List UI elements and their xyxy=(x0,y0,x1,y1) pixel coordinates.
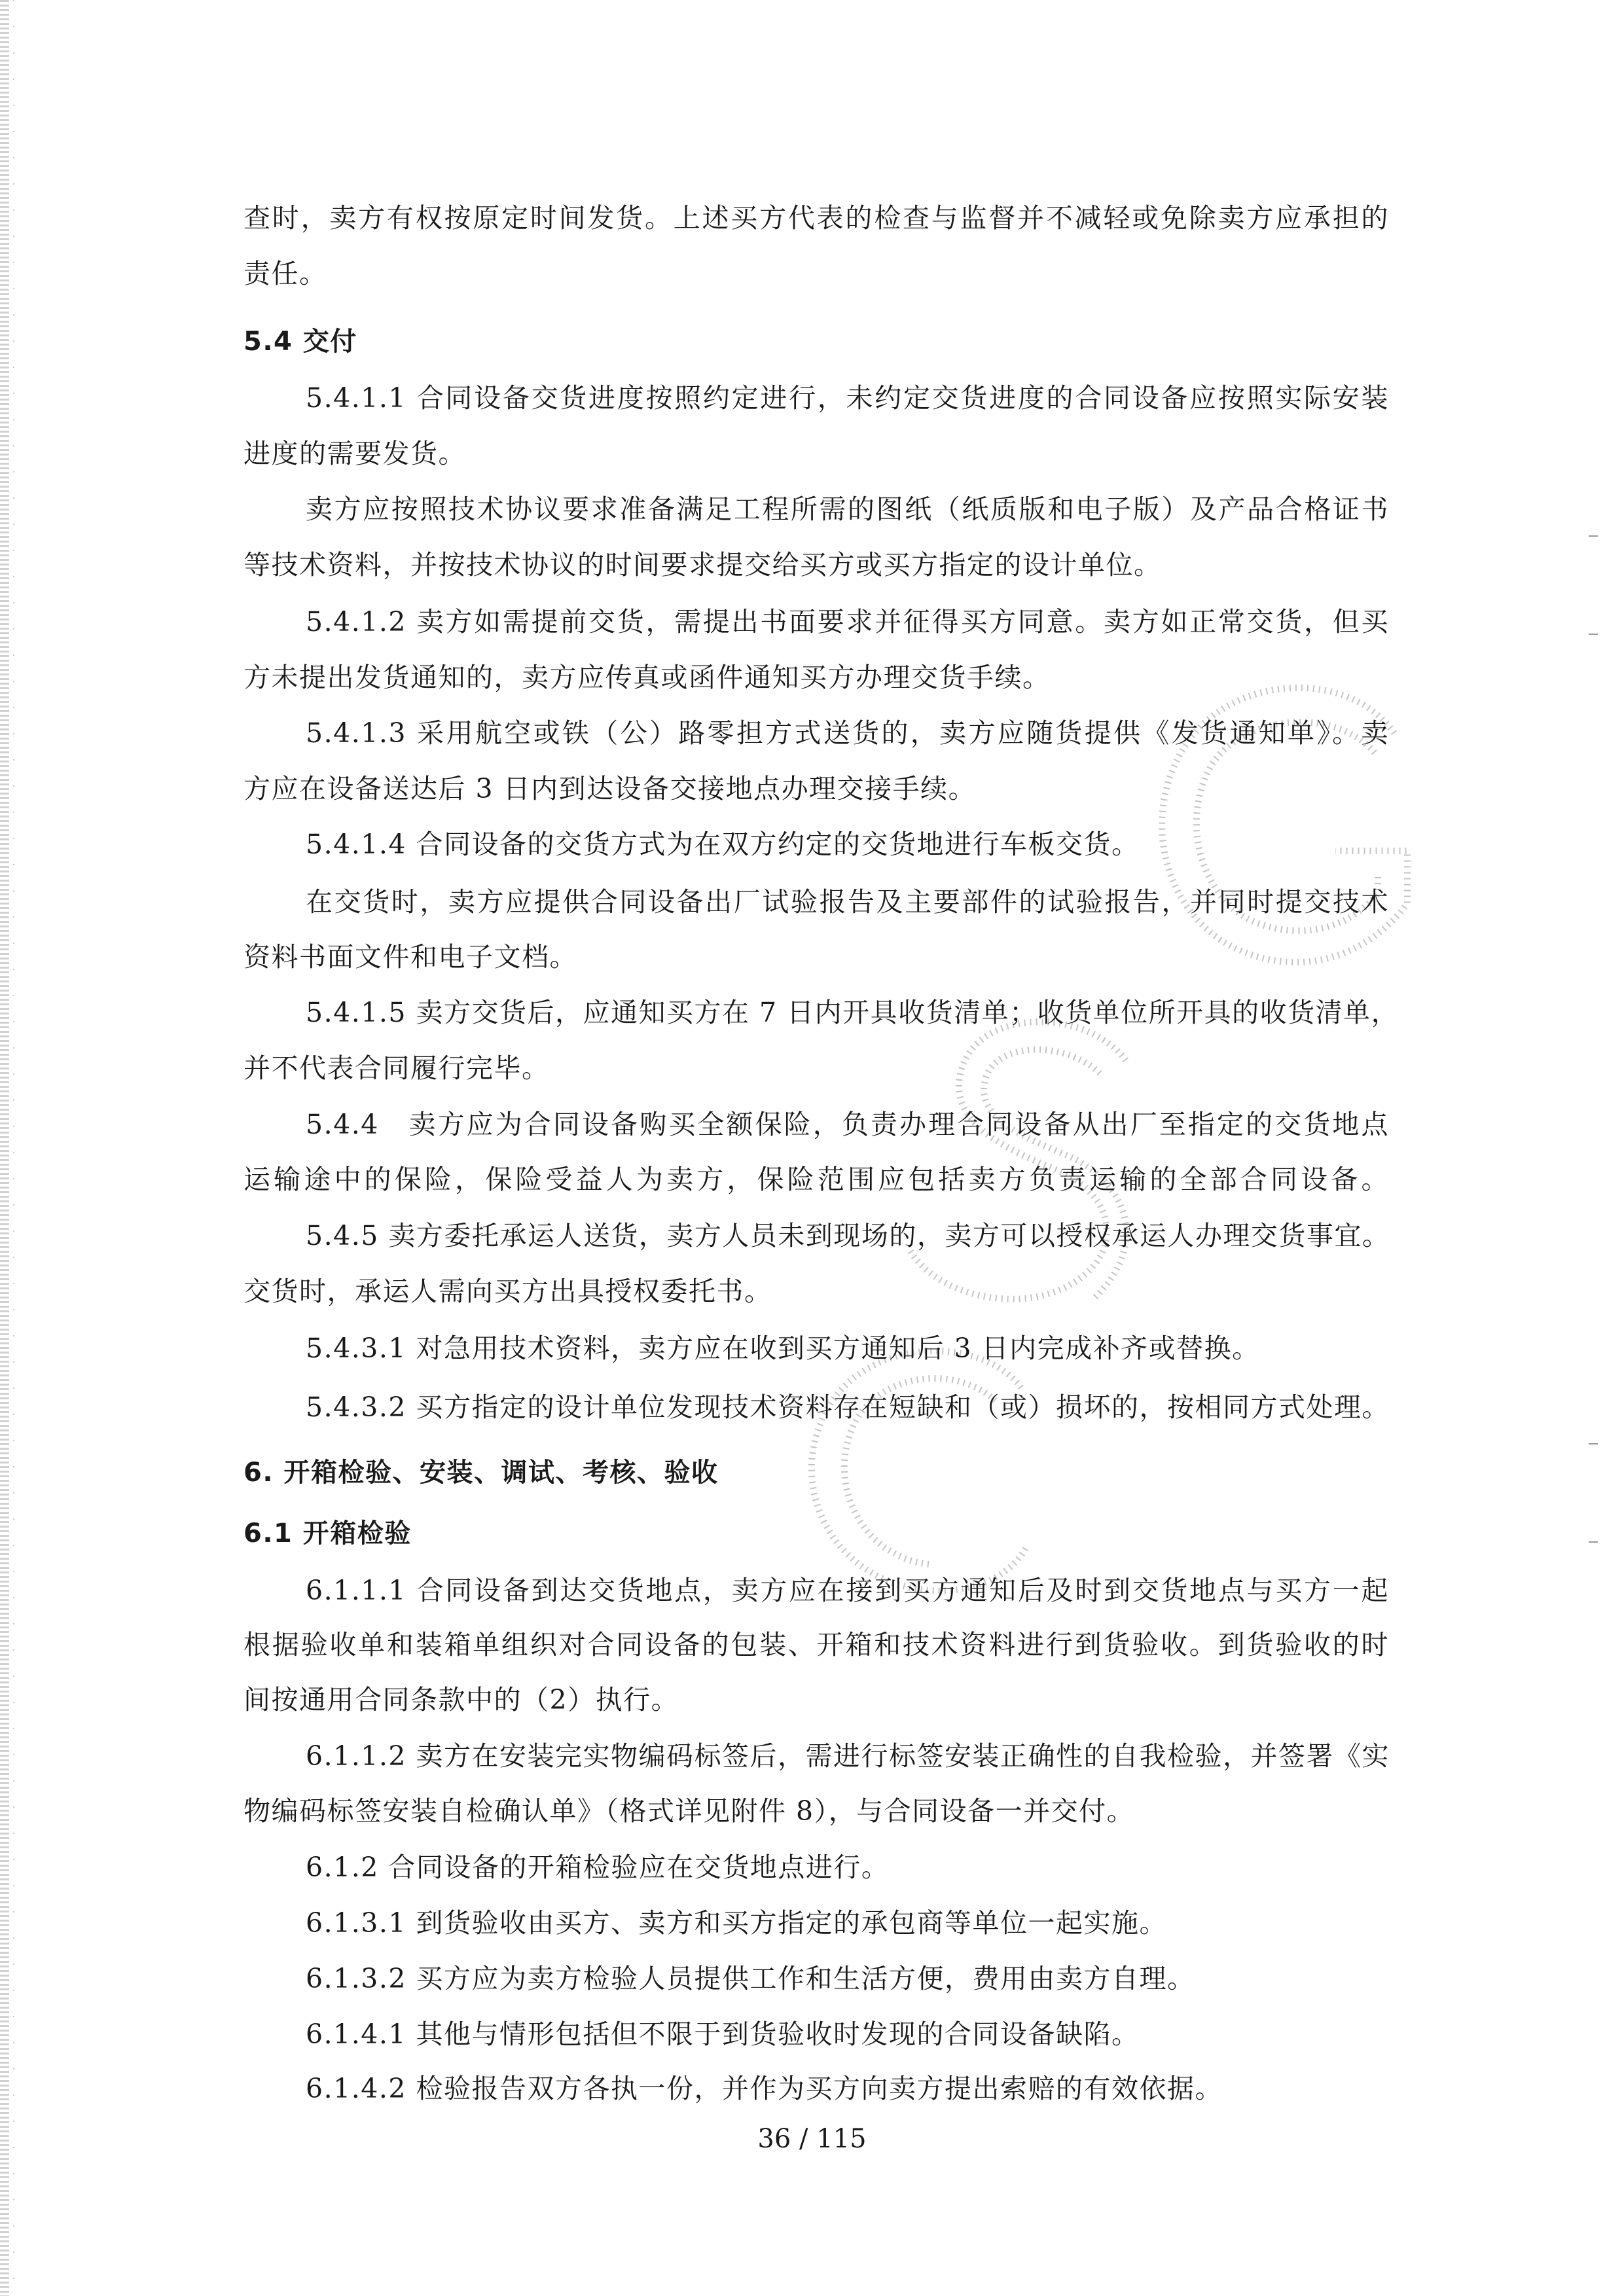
clause-5-4-1-2: 5.4.1.2 卖方如需提前交货，需提出书面要求并征得买方同意。卖方如正常交货，… xyxy=(244,605,1389,638)
scan-border-marks xyxy=(13,0,14,2296)
body-line: 交货时，承运人需向买方出具授权委托书。 xyxy=(244,1275,1389,1308)
clause-5-4-5: 5.4.5 卖方委托承运人送货，卖方人员未到现场的，卖方可以授权承运人办理交货事… xyxy=(244,1219,1389,1252)
body-line: 责任。 xyxy=(244,257,1389,290)
clause-5-4-1-1: 5.4.1.1 合同设备交货进度按照约定进行，未约定交货进度的合同设备应按照实际… xyxy=(244,382,1389,414)
clause-5-4-3-1: 5.4.3.1 对急用技术资料，卖方应在收到买方通知后 3 日内完成补齐或替换。 xyxy=(244,1332,1389,1365)
body-line: 查时，卖方有权按原定时间发货。上述买方代表的检查与监督并不减轻或免除卖方应承担的 xyxy=(244,202,1389,234)
scan-border xyxy=(0,0,9,2296)
clause-6-1-3-1: 6.1.3.1 到货验收由买方、卖方和买方指定的承包商等单位一起实施。 xyxy=(244,1907,1389,1939)
section-heading-5-4: 5.4 交付 xyxy=(244,325,1389,358)
clause-5-4-1-5: 5.4.1.5 卖方交货后，应通知买方在 7 日内开具收货清单；收货单位所开具的… xyxy=(244,996,1389,1029)
clause-6-1-2: 6.1.2 合同设备的开箱检验应在交货地点进行。 xyxy=(244,1851,1389,1884)
clause-6-1-4-2: 6.1.4.2 检验报告双方各执一份，并作为买方向卖方提出索赔的有效依据。 xyxy=(244,2072,1389,2105)
section-heading-6: 6. 开箱检验、安装、调试、考核、验收 xyxy=(244,1456,1389,1489)
body-line: 并不代表合同履行完毕。 xyxy=(244,1052,1389,1085)
clause-5-4-4: 5.4.4 卖方应为合同设备购买全额保险，负责办理合同设备从出厂至指定的交货地点 xyxy=(244,1108,1389,1141)
clause-5-4-1-4: 5.4.1.4 合同设备的交货方式为在双方约定的交货地进行车板交货。 xyxy=(244,828,1389,861)
page-number: 36 / 115 xyxy=(0,2124,1624,2154)
body-line: 运输途中的保险，保险受益人为卖方，保险范围应包括卖方负责运输的全部合同设备。 xyxy=(244,1163,1389,1196)
body-line: 方未提出发货通知的，卖方应传真或函件通知买方办理交货手续。 xyxy=(244,661,1389,694)
body-line: 卖方应按照技术协议要求准备满足工程所需的图纸（纸质版和电子版）及产品合格证书 xyxy=(244,493,1389,526)
body-line: 等技术资料，并按技术协议的时间要求提交给买方或买方指定的设计单位。 xyxy=(244,548,1389,581)
body-line: 进度的需要发货。 xyxy=(244,437,1389,470)
body-line: 根据验收单和装箱单组织对合同设备的包装、开箱和技术资料进行到货验收。到货验收的时 xyxy=(244,1628,1389,1661)
body-line: 物编码标签安装自检确认单》（格式详见附件 8），与合同设备一并交付。 xyxy=(244,1795,1389,1827)
clause-5-4-1-3: 5.4.1.3 采用航空或铁（公）路零担方式送货的，卖方应随货提供《发货通知单》… xyxy=(244,717,1389,749)
clause-6-1-1-2: 6.1.1.2 卖方在安装完实物编码标签后，需进行标签安装正确性的自我检验，并签… xyxy=(244,1740,1389,1772)
body-line: 在交货时，卖方应提供合同设备出厂试验报告及主要部件的试验报告，并同时提交技术 xyxy=(244,886,1389,918)
clause-6-1-4-1: 6.1.4.1 其他与情形包括但不限于到货验收时发现的合同设备缺陷。 xyxy=(244,2018,1389,2051)
section-heading-6-1: 6.1 开箱检验 xyxy=(244,1517,1389,1550)
clause-6-1-1-1: 6.1.1.1 合同设备到达交货地点，卖方应在接到买方通知后及时到交货地点与买方… xyxy=(244,1574,1389,1607)
body-line: 资料书面文件和电子文档。 xyxy=(244,941,1389,973)
clause-5-4-3-2: 5.4.3.2 买方指定的设计单位发现技术资料存在短缺和（或）损坏的，按相同方式… xyxy=(244,1391,1389,1424)
body-line: 方应在设备送达后 3 日内到达设备交接地点办理交接手续。 xyxy=(244,772,1389,805)
clause-6-1-3-2: 6.1.3.2 买方应为卖方检验人员提供工作和生活方便，费用由卖方自理。 xyxy=(244,1962,1389,1995)
body-line: 间按通用合同条款中的（2）执行。 xyxy=(244,1683,1389,1716)
